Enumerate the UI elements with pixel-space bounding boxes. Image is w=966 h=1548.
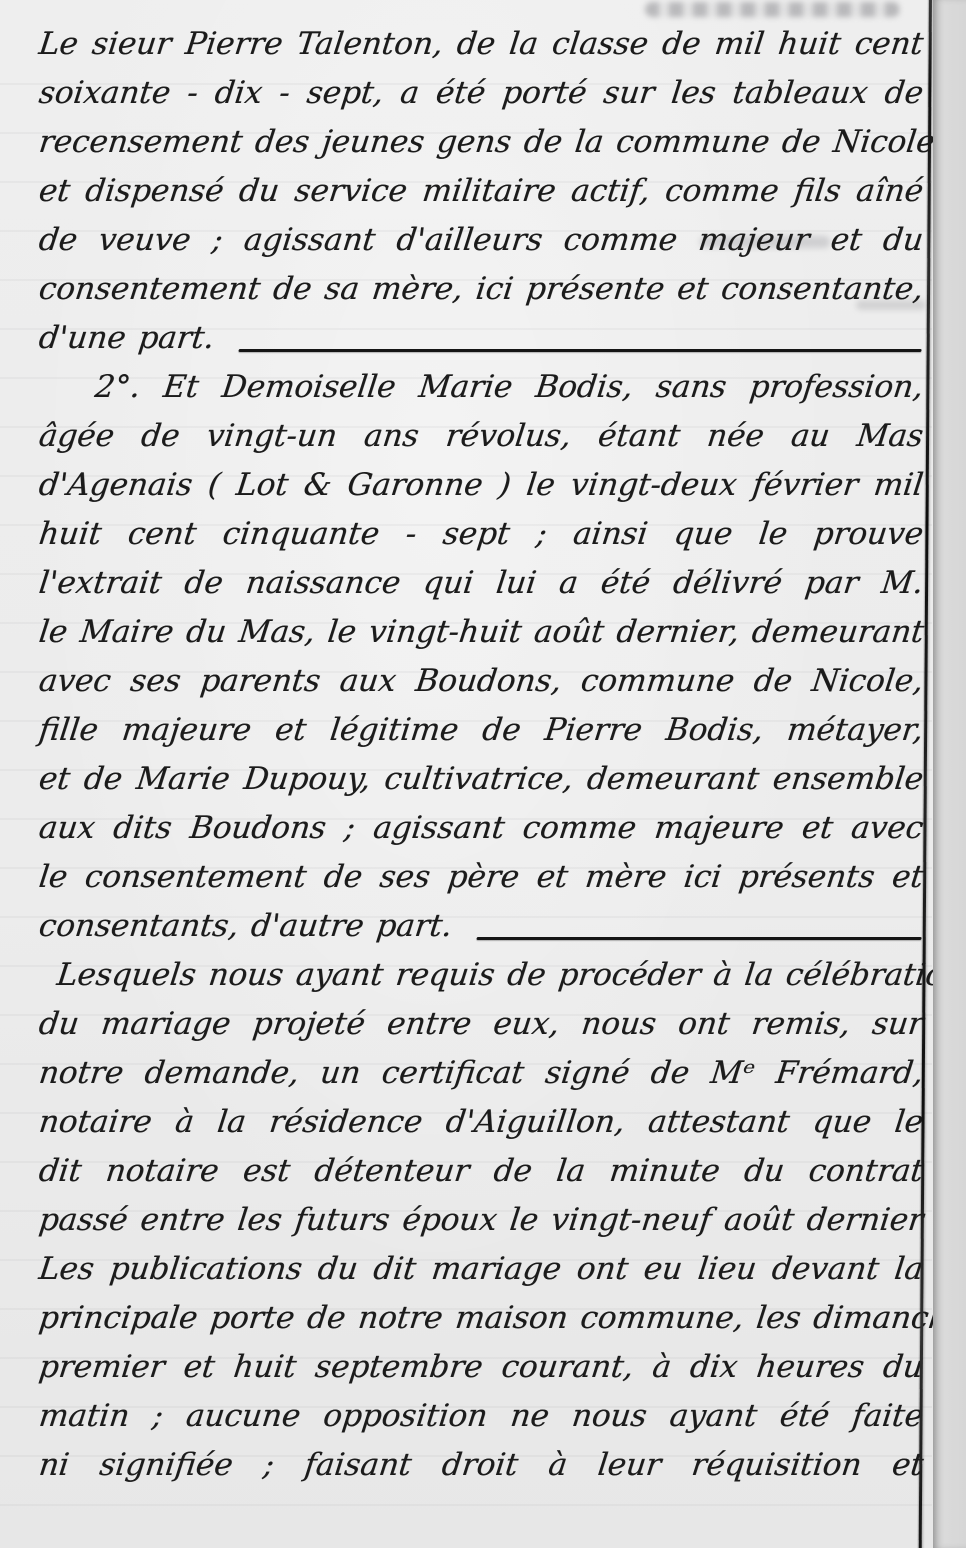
closing-rule [238,349,921,352]
manuscript-line-text: avec ses parents aux Boudons, commune de… [37,663,925,699]
manuscript-line-text: le Maire du Mas, le vingt-huit août dern… [37,614,926,650]
manuscript-line-text: notre demande, un certificat signé de Mᵉ… [37,1055,925,1091]
manuscript-line-text: passé entre les futurs époux le vingt-ne… [37,1202,925,1238]
manuscript-line-text: ni signifiée ; faisant droit à leur réqu… [37,1447,925,1483]
manuscript-text-block: Le sieur Pierre Talenton, de la classe d… [36,20,920,1490]
manuscript-line: du mariage projeté entre eux, nous ont r… [36,1000,926,1049]
manuscript-line-text: et de Marie Dupouy, cultivatrice, demeur… [37,761,925,797]
manuscript-line: Lesquels nous ayant requis de procéder à… [36,951,926,1000]
manuscript-line: avec ses parents aux Boudons, commune de… [36,657,926,706]
manuscript-line-text: de veuve ; agissant d'ailleurs comme maj… [37,222,925,258]
manuscript-line-text: et dispensé du service militaire actif, … [37,173,925,209]
manuscript-line: premier et huit septembre courant, à dix… [36,1343,926,1392]
manuscript-line-text: recensement des jeunes gens de la commun… [37,124,947,160]
manuscript-line: de veuve ; agissant d'ailleurs comme maj… [36,216,926,265]
manuscript-line: huit cent cinquante - sept ; ainsi que l… [36,510,926,559]
manuscript-line: matin ; aucune opposition ne nous ayant … [36,1392,926,1441]
manuscript-line-text: principale porte de notre maison commune… [37,1300,966,1336]
manuscript-line: recensement des jeunes gens de la commun… [36,118,926,167]
manuscript-line-text: 2°. Et Demoiselle Marie Bodis, sans prof… [93,369,925,405]
manuscript-line: l'extrait de naissance qui lui a été dél… [36,559,926,608]
manuscript-line: dit notaire est détenteur de la minute d… [36,1147,926,1196]
manuscript-line-text: dit notaire est détenteur de la minute d… [37,1153,925,1189]
manuscript-line: consentement de sa mère, ici présente et… [36,265,926,314]
manuscript-line: d'une part. [36,314,926,363]
manuscript-line: principale porte de notre maison commune… [36,1294,926,1343]
manuscript-line-text: soixante - dix - sept, a été porté sur l… [37,75,925,111]
manuscript-line: Le sieur Pierre Talenton, de la classe d… [36,20,926,69]
manuscript-line-text: consentants, d'autre part. [36,902,455,951]
manuscript-line: ni signifiée ; faisant droit à leur réqu… [36,1441,926,1490]
manuscript-line: 2°. Et Demoiselle Marie Bodis, sans prof… [36,363,926,412]
manuscript-line-text: le consentement de ses père et mère ici … [37,859,925,895]
manuscript-line-text: matin ; aucune opposition ne nous ayant … [37,1398,925,1434]
closing-rule [476,937,921,940]
manuscript-line: notre demande, un certificat signé de Mᵉ… [36,1049,926,1098]
manuscript-line: soixante - dix - sept, a été porté sur l… [36,69,926,118]
manuscript-line-text: âgée de vingt-un ans révolus, étant née … [37,418,925,454]
manuscript-line-text: Lesquels nous ayant requis de procéder à… [55,957,966,993]
manuscript-line: le Maire du Mas, le vingt-huit août dern… [36,608,926,657]
manuscript-line-text: l'extrait de naissance qui lui a été dél… [37,565,925,601]
manuscript-line: Les publications du dit mariage ont eu l… [36,1245,926,1294]
manuscript-line: consentants, d'autre part. [36,902,926,951]
manuscript-line-text: fille majeure et légitime de Pierre Bodi… [37,712,925,748]
ink-bleedthrough-smudge [645,2,900,17]
manuscript-line-text: aux dits Boudons ; agissant comme majeur… [37,810,925,846]
register-page-scan: Le sieur Pierre Talenton, de la classe d… [0,0,966,1548]
manuscript-line-text: consentement de sa mère, ici présente et… [37,271,925,307]
manuscript-line-text: notaire à la résidence d'Aiguillon, atte… [37,1104,925,1140]
manuscript-line-text: Les publications du dit mariage ont eu l… [37,1251,925,1287]
manuscript-line: aux dits Boudons ; agissant comme majeur… [36,804,926,853]
manuscript-line: et de Marie Dupouy, cultivatrice, demeur… [36,755,926,804]
manuscript-line-text: Le sieur Pierre Talenton, de la classe d… [37,26,925,62]
manuscript-line-text: huit cent cinquante - sept ; ainsi que l… [37,516,925,552]
manuscript-line: d'Agenais ( Lot & Garonne ) le vingt-deu… [36,461,926,510]
manuscript-line: notaire à la résidence d'Aiguillon, atte… [36,1098,926,1147]
manuscript-line-text: d'Agenais ( Lot & Garonne ) le vingt-deu… [37,467,925,503]
manuscript-line-text: premier et huit septembre courant, à dix… [37,1349,925,1385]
manuscript-line: passé entre les futurs époux le vingt-ne… [36,1196,926,1245]
manuscript-line: fille majeure et légitime de Pierre Bodi… [36,706,926,755]
manuscript-line: le consentement de ses père et mère ici … [36,853,926,902]
manuscript-line: et dispensé du service militaire actif, … [36,167,926,216]
page-outer-margin [933,0,966,1548]
manuscript-line-text: d'une part. [36,314,217,363]
manuscript-line-text: du mariage projeté entre eux, nous ont r… [37,1006,925,1042]
manuscript-line: âgée de vingt-un ans révolus, étant née … [36,412,926,461]
